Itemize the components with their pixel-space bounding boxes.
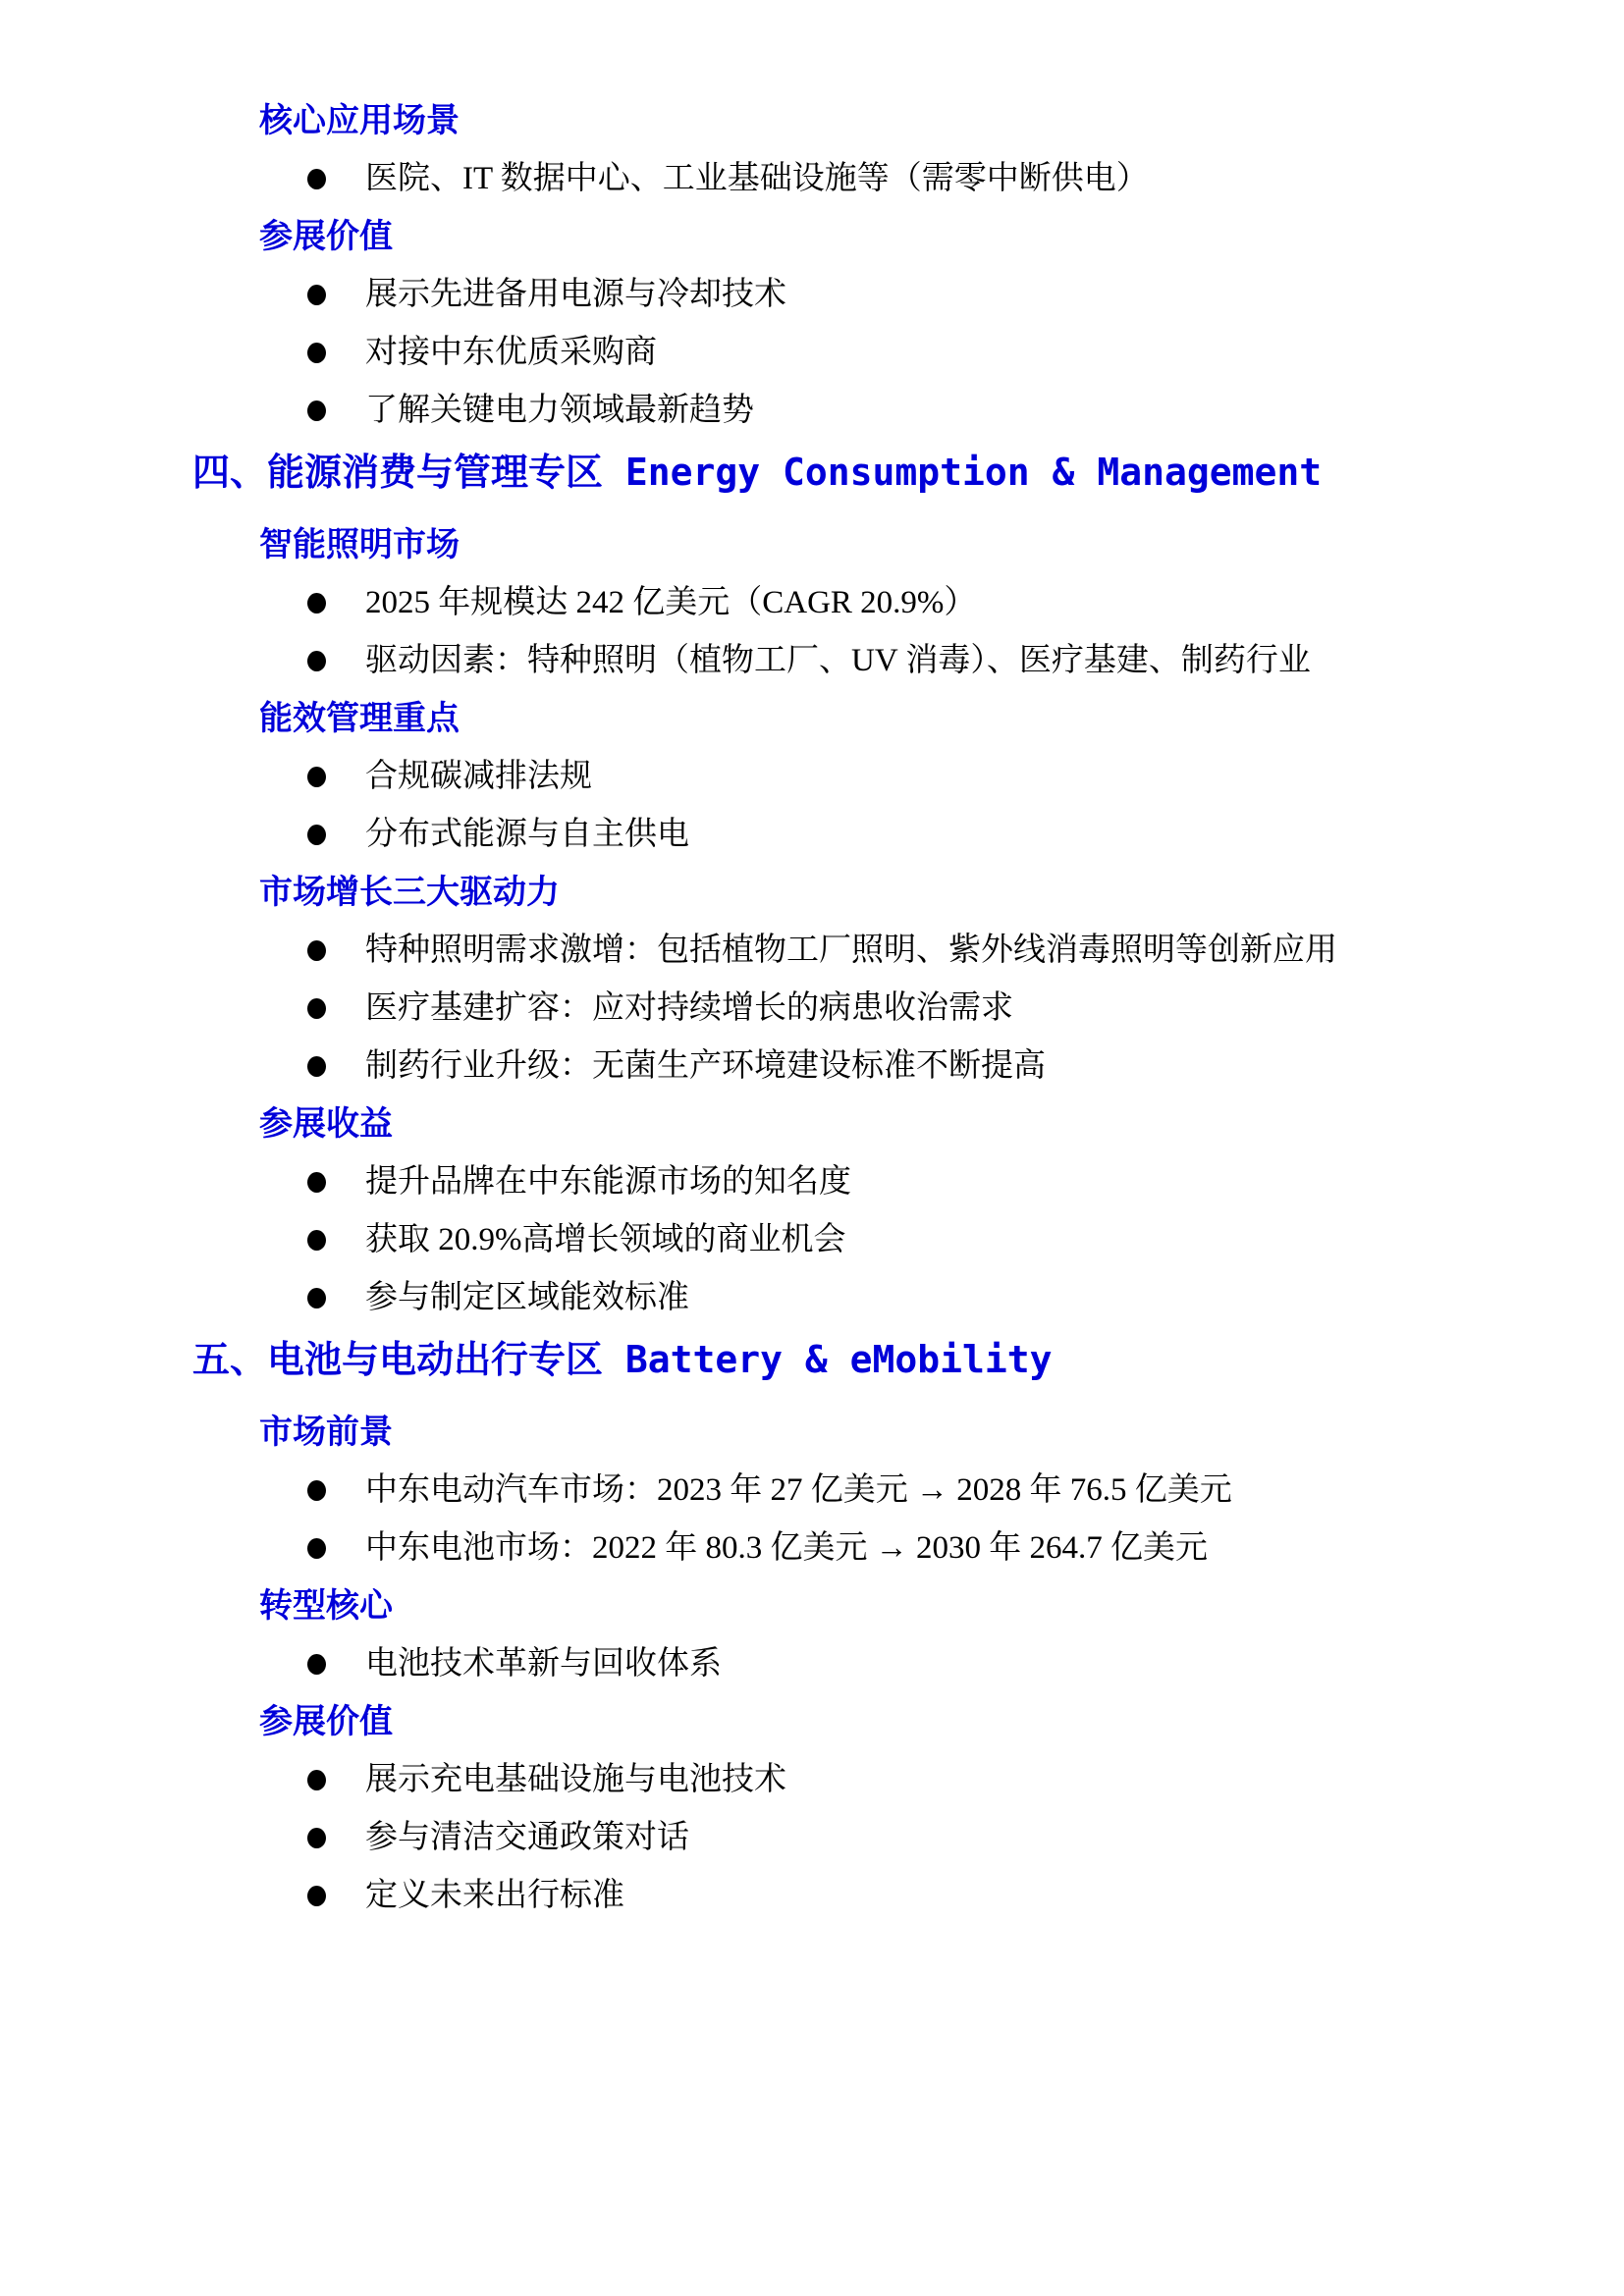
bullet-text: 医院、IT 数据中心、工业基础设施等（需零中断供电） bbox=[365, 159, 1149, 198]
bullet-text: 提升品牌在中东能源市场的知名度 bbox=[365, 1162, 851, 1201]
bullet-icon bbox=[307, 767, 326, 787]
sub-heading: 参展价值 bbox=[259, 217, 1585, 256]
bullet-text: 特种照明需求激增：包括植物工厂照明、紫外线消毒照明等创新应用 bbox=[365, 931, 1337, 970]
bullet-icon bbox=[307, 285, 326, 305]
bullet-text: 电池技术革新与回收体系 bbox=[365, 1644, 722, 1683]
sub-heading: 智能照明市场 bbox=[259, 525, 1585, 564]
bullet-item: 中东电池市场：2022 年 80.3 亿美元 → 2030 年 264.7 亿美… bbox=[307, 1528, 1585, 1568]
bullet-item: 对接中东优质采购商 bbox=[307, 333, 1585, 372]
bullet-icon bbox=[307, 1230, 326, 1251]
bullet-item: 提升品牌在中东能源市场的知名度 bbox=[307, 1162, 1585, 1201]
bullet-item: 制药行业升级：无菌生产环境建设标准不断提高 bbox=[307, 1046, 1585, 1086]
bullet-item: 展示充电基础设施与电池技术 bbox=[307, 1760, 1585, 1799]
bullet-text: 展示充电基础设施与电池技术 bbox=[365, 1760, 786, 1799]
bullet-icon bbox=[307, 343, 326, 363]
bullet-icon bbox=[307, 1886, 326, 1906]
sub-heading: 转型核心 bbox=[259, 1586, 1585, 1626]
bullet-icon bbox=[307, 1538, 326, 1559]
bullet-text: 参与清洁交通政策对话 bbox=[365, 1818, 689, 1857]
bullet-text: 中东电池市场：2022 年 80.3 亿美元 → 2030 年 264.7 亿美… bbox=[365, 1528, 1208, 1568]
bullet-icon bbox=[307, 825, 326, 845]
bullet-icon bbox=[307, 998, 326, 1019]
bullet-item: 2025 年规模达 242 亿美元（CAGR 20.9%） bbox=[307, 583, 1585, 622]
bullet-icon bbox=[307, 1172, 326, 1193]
bullet-icon bbox=[307, 1770, 326, 1790]
bullet-icon bbox=[307, 940, 326, 961]
bullet-item: 获取 20.9%高增长领域的商业机会 bbox=[307, 1220, 1585, 1259]
bullet-item: 驱动因素：特种照明（植物工厂、UV 消毒）、医疗基建、制药行业 bbox=[307, 641, 1585, 680]
bullet-text: 展示先进备用电源与冷却技术 bbox=[365, 275, 786, 314]
bullet-item: 分布式能源与自主供电 bbox=[307, 815, 1585, 854]
bullet-text: 了解关键电力领域最新趋势 bbox=[365, 391, 754, 430]
bullet-icon bbox=[307, 593, 326, 614]
sub-heading: 核心应用场景 bbox=[259, 101, 1585, 140]
bullet-icon bbox=[307, 651, 326, 671]
bullet-icon bbox=[307, 1288, 326, 1308]
bullet-item: 参与制定区域能效标准 bbox=[307, 1278, 1585, 1317]
bullet-text: 分布式能源与自主供电 bbox=[365, 815, 689, 854]
bullet-icon bbox=[307, 1654, 326, 1675]
document-body: 核心应用场景医院、IT 数据中心、工业基础设施等（需零中断供电）参展价值展示先进… bbox=[0, 0, 1624, 1915]
section-title: 五、电池与电动出行专区 Battery & eMobility bbox=[192, 1336, 1585, 1383]
sub-heading: 能效管理重点 bbox=[259, 699, 1585, 738]
section-title: 四、能源消费与管理专区 Energy Consumption & Managem… bbox=[192, 449, 1585, 496]
bullet-text: 制药行业升级：无菌生产环境建设标准不断提高 bbox=[365, 1046, 1046, 1086]
bullet-text: 驱动因素：特种照明（植物工厂、UV 消毒）、医疗基建、制药行业 bbox=[365, 641, 1311, 680]
bullet-item: 合规碳减排法规 bbox=[307, 757, 1585, 796]
bullet-item: 电池技术革新与回收体系 bbox=[307, 1644, 1585, 1683]
sub-heading: 市场前景 bbox=[259, 1413, 1585, 1452]
bullet-icon bbox=[307, 400, 326, 421]
bullet-item: 特种照明需求激增：包括植物工厂照明、紫外线消毒照明等创新应用 bbox=[307, 931, 1585, 970]
bullet-text: 中东电动汽车市场：2023 年 27 亿美元 → 2028 年 76.5 亿美元 bbox=[365, 1470, 1232, 1510]
bullet-icon bbox=[307, 1828, 326, 1848]
bullet-text: 2025 年规模达 242 亿美元（CAGR 20.9%） bbox=[365, 583, 976, 622]
bullet-text: 对接中东优质采购商 bbox=[365, 333, 657, 372]
bullet-item: 医院、IT 数据中心、工业基础设施等（需零中断供电） bbox=[307, 159, 1585, 198]
bullet-text: 获取 20.9%高增长领域的商业机会 bbox=[365, 1220, 846, 1259]
bullet-icon bbox=[307, 169, 326, 189]
sub-heading: 参展价值 bbox=[259, 1702, 1585, 1741]
bullet-text: 医疗基建扩容：应对持续增长的病患收治需求 bbox=[365, 988, 1013, 1028]
bullet-item: 中东电动汽车市场：2023 年 27 亿美元 → 2028 年 76.5 亿美元 bbox=[307, 1470, 1585, 1510]
document-page: 核心应用场景医院、IT 数据中心、工业基础设施等（需零中断供电）参展价值展示先进… bbox=[0, 0, 1624, 2296]
bullet-item: 医疗基建扩容：应对持续增长的病患收治需求 bbox=[307, 988, 1585, 1028]
bullet-icon bbox=[307, 1056, 326, 1077]
bullet-item: 参与清洁交通政策对话 bbox=[307, 1818, 1585, 1857]
bullet-icon bbox=[307, 1480, 326, 1501]
bullet-item: 定义未来出行标准 bbox=[307, 1876, 1585, 1915]
sub-heading: 参展收益 bbox=[259, 1104, 1585, 1144]
bullet-text: 合规碳减排法规 bbox=[365, 757, 592, 796]
bullet-item: 了解关键电力领域最新趋势 bbox=[307, 391, 1585, 430]
bullet-item: 展示先进备用电源与冷却技术 bbox=[307, 275, 1585, 314]
sub-heading: 市场增长三大驱动力 bbox=[259, 873, 1585, 912]
bullet-text: 参与制定区域能效标准 bbox=[365, 1278, 689, 1317]
bullet-text: 定义未来出行标准 bbox=[365, 1876, 624, 1915]
